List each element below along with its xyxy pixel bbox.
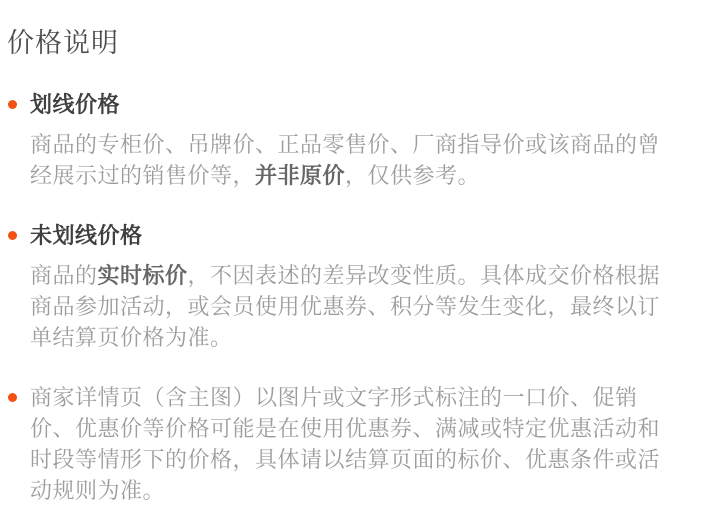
text-line: 时段等情形下的价格，具体请以结算页面的标价、优惠条件或活 — [30, 444, 710, 475]
text-segment: ，仅供参考。 — [345, 163, 480, 188]
section-unlined-price: 未划线价格 商品的实时标价，不因表述的差异改变性质。具体成交价格根据 商品参加活… — [7, 220, 710, 353]
text-line: 动规则为准。 — [30, 475, 710, 506]
text-line: 价、优惠价等价格可能是在使用优惠券、满减或特定优惠活动和 — [30, 413, 710, 444]
page-title: 价格说明 — [7, 26, 710, 60]
section-body: 商品的实时标价，不因表述的差异改变性质。具体成交价格根据 商品参加活动，或会员使… — [30, 260, 710, 353]
section-body: 商家详情页（含主图）以图片或文字形式标注的一口价、促销 价、优惠价等价格可能是在… — [30, 382, 710, 506]
bullet-icon — [8, 231, 17, 240]
section-strikethrough-price: 划线价格 商品的专柜价、吊牌价、正品零售价、厂商指导价或该商品的曾 经展示过的销… — [7, 89, 710, 191]
text-segment: 时段等情形下的价格，具体请以结算页面的标价、优惠条件或活 — [30, 447, 660, 472]
text-line: 商品的实时标价，不因表述的差异改变性质。具体成交价格根据 — [30, 260, 710, 291]
text-segment: 价、优惠价等价格可能是在使用优惠券、满减或特定优惠活动和 — [30, 416, 660, 441]
text-line: 商家详情页（含主图）以图片或文字形式标注的一口价、促销 — [30, 382, 710, 413]
text-segment: ，不因表述的差异改变性质。具体成交价格根据 — [188, 263, 661, 288]
bullet-icon — [8, 100, 17, 109]
text-segment-emphasis: 实时标价 — [98, 263, 188, 288]
text-segment: 商品的 — [30, 263, 98, 288]
text-segment-emphasis: 并非原价 — [255, 163, 345, 188]
bullet-icon — [8, 393, 17, 402]
text-segment: 商家详情页（含主图）以图片或文字形式标注的一口价、促销 — [30, 385, 638, 410]
section-heading: 划线价格 — [30, 89, 710, 120]
text-line: 商品的专柜价、吊牌价、正品零售价、厂商指导价或该商品的曾 — [30, 129, 710, 160]
text-line: 经展示过的销售价等，并非原价，仅供参考。 — [30, 160, 710, 191]
section-body: 商品的专柜价、吊牌价、正品零售价、厂商指导价或该商品的曾 经展示过的销售价等，并… — [30, 129, 710, 191]
text-segment: 动规则为准。 — [30, 478, 165, 503]
text-line: 商品参加活动，或会员使用优惠券、积分等发生变化，最终以订 — [30, 291, 710, 322]
price-notice-panel: 价格说明 划线价格 商品的专柜价、吊牌价、正品零售价、厂商指导价或该商品的曾 经… — [0, 0, 718, 525]
text-segment: 商品的专柜价、吊牌价、正品零售价、厂商指导价或该商品的曾 — [30, 132, 660, 157]
text-segment: 商品参加活动，或会员使用优惠券、积分等发生变化，最终以订 — [30, 294, 660, 319]
text-segment: 经展示过的销售价等， — [30, 163, 255, 188]
text-segment: 单结算页价格为准。 — [30, 325, 233, 350]
section-heading: 未划线价格 — [30, 220, 710, 251]
text-line: 单结算页价格为准。 — [30, 322, 710, 353]
section-merchant-detail-price: 商家详情页（含主图）以图片或文字形式标注的一口价、促销 价、优惠价等价格可能是在… — [7, 382, 710, 506]
